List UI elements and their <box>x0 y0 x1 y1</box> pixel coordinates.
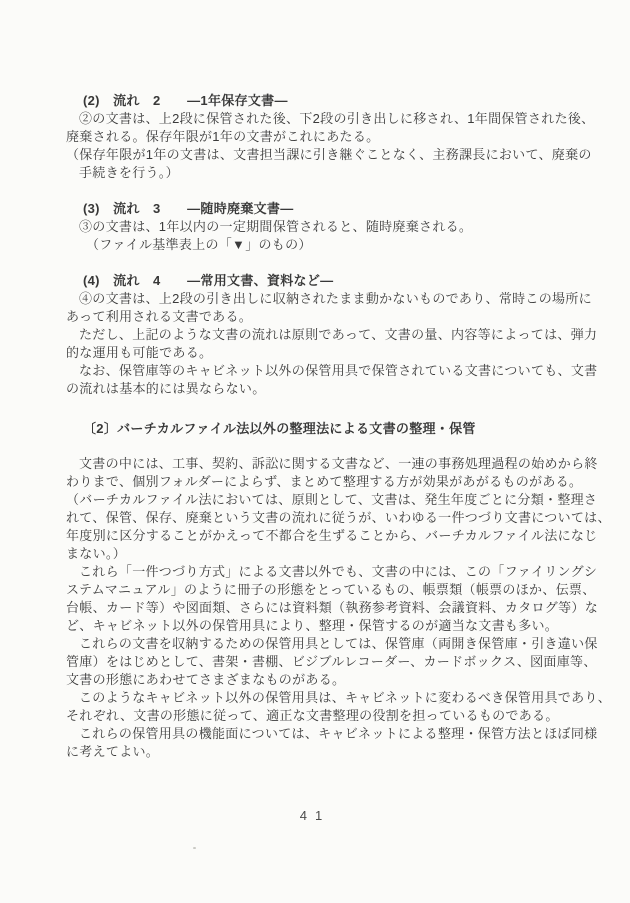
text-line: ③の文書は、1年以内の一定期間保管されると、随時廃棄される。 <box>66 218 582 236</box>
text-line: 文書の中には、工事、契約、訴訟に関する文書など、一連の事務処理過程の始めから終 <box>66 455 582 473</box>
text-line: の流れは基本的には異ならない。 <box>66 380 582 398</box>
text-line: 年度別に区分することがかえって不都合を生ずることから、バーチカルファイル法になじ <box>66 527 582 545</box>
text-line: ②の文書は、上2段に保管された後、下2段の引き出しに移され、1年間保管された後、 <box>66 110 582 128</box>
text-line: これら「一件つづり方式」による文書以外でも、文書の中には、この「ファイリングシ <box>66 563 582 581</box>
scan-speck <box>193 847 196 849</box>
document-page: (2) 流れ 2 ―1年保存文書―②の文書は、上2段に保管された後、下2段の引き… <box>0 0 630 903</box>
lines-group: ②の文書は、上2段に保管された後、下2段の引き出しに移され、1年間保管された後、… <box>66 110 582 182</box>
lines-group: 文書の中には、工事、契約、訴訟に関する文書など、一連の事務処理過程の始めから終わ… <box>66 455 582 761</box>
text-line: に考えてよい。 <box>66 743 582 761</box>
text-line: なお、保管庫等のキャビネット以外の保管用具で保管されている文書についても、文書 <box>66 362 582 380</box>
section-heading: (3) 流れ 3 ―随時廃棄文書― <box>66 200 582 218</box>
text-line: ただし、上記のような文書の流れは原則であって、文書の量、内容等によっては、弾力 <box>66 326 582 344</box>
text-line: （保存年限が1年の文書は、文書担当課に引き継ぐことなく、主務課長において、廃棄の <box>66 146 582 164</box>
text-line: これらの保管用具の機能面については、キャビネットによる整理・保管方法とほぼ同様 <box>66 725 582 743</box>
section-block: (4) 流れ 4 ―常用文書、資料など―④の文書は、上2段の引き出しに収納された… <box>66 272 582 398</box>
text-line: ④の文書は、上2段の引き出しに収納されたまま動かないものであり、常時この場所に <box>66 290 582 308</box>
text-line: 台帳、カード等）や図面類、さらには資料類（執務参考資料、会議資料、カタログ等）な <box>66 599 582 617</box>
text-line: それぞれ、文書の形態に従って、適正な文書整理の役割を担っているものである。 <box>66 707 582 725</box>
section-heading: (2) 流れ 2 ―1年保存文書― <box>66 92 582 110</box>
section-block: (3) 流れ 3 ―随時廃棄文書―③の文書は、1年以内の一定期間保管されると、随… <box>66 200 582 254</box>
text-line: あって利用される文書である。 <box>66 308 582 326</box>
text-line: まない。） <box>66 545 582 563</box>
chapter-heading: 〔2〕バーチカルファイル法以外の整理法による文書の整理・保管 <box>66 420 582 438</box>
lines-group: ③の文書は、1年以内の一定期間保管されると、随時廃棄される。（ファイル基準表上の… <box>66 218 582 254</box>
page-number: 41 <box>0 808 630 823</box>
text-line: 手続きを行う。） <box>66 164 582 182</box>
text-line: ど、キャビネット以外の保管用具により、整理・保管するのが適当な文書も多い。 <box>66 617 582 635</box>
section-heading: (4) 流れ 4 ―常用文書、資料など― <box>66 272 582 290</box>
text-line: 管庫）をはじめとして、書架・書棚、ビジブルレコーダー、カードボックス、図面庫等、 <box>66 653 582 671</box>
chapter-block: 〔2〕バーチカルファイル法以外の整理法による文書の整理・保管文書の中には、工事、… <box>66 420 582 761</box>
text-line: 的な運用も可能である。 <box>66 344 582 362</box>
text-line: （バーチカルファイル法においては、原則として、文書は、発生年度ごとに分類・整理さ <box>66 491 582 509</box>
text-line: わりまで、個別フォルダーによらず、まとめて整理する方が効果があがるものがある。 <box>66 473 582 491</box>
text-line: れて、保管、保存、廃棄という文書の流れに従うが、いわゆる一件つづり文書については… <box>66 509 582 527</box>
text-line: ステムマニュアル」のように冊子の形態をとっているもの、帳票類（帳票のほか、伝票、 <box>66 581 582 599</box>
document-body: (2) 流れ 2 ―1年保存文書―②の文書は、上2段に保管された後、下2段の引き… <box>66 92 582 761</box>
text-line: 文書の形態にあわせてさまざまなものがある。 <box>66 671 582 689</box>
text-line: 廃棄される。保存年限が1年の文書がこれにあたる。 <box>66 128 582 146</box>
text-line: このようなキャビネット以外の保管用具は、キャビネットに変わるべき保管用具であり、 <box>66 689 582 707</box>
section-block: (2) 流れ 2 ―1年保存文書―②の文書は、上2段に保管された後、下2段の引き… <box>66 92 582 182</box>
lines-group: ④の文書は、上2段の引き出しに収納されたまま動かないものであり、常時この場所にあ… <box>66 290 582 398</box>
text-line: （ファイル基準表上の「▼」のもの） <box>66 236 582 254</box>
text-line: これらの文書を収納するための保管用具としては、保管庫（両開き保管庫・引き違い保 <box>66 635 582 653</box>
